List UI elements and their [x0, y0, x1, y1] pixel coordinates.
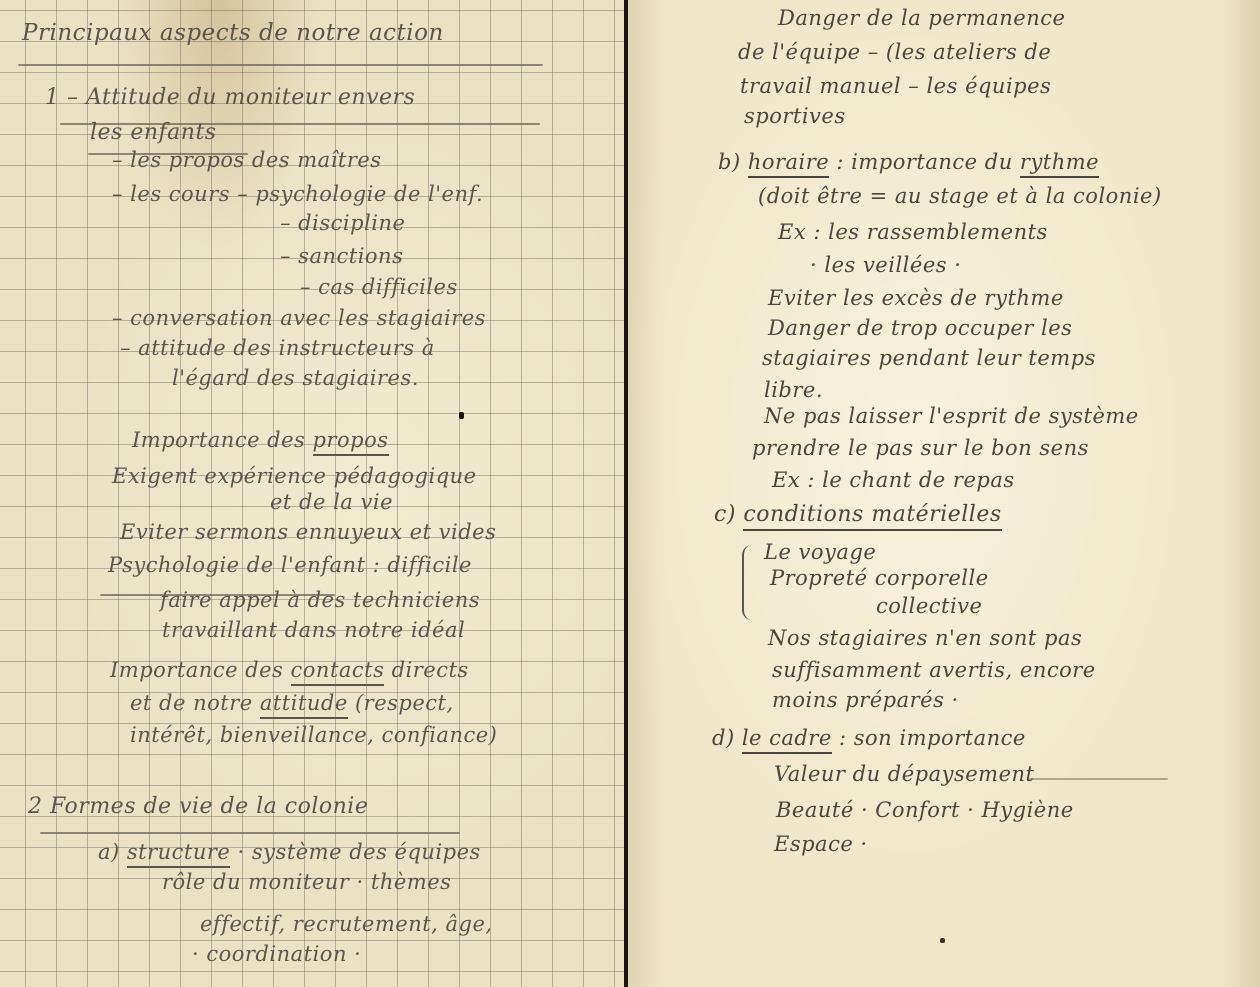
- text-line: Nos stagiaires n'en sont pas: [768, 628, 1082, 649]
- section-1-heading-cont: les enfants: [90, 122, 217, 144]
- list-item: – attitude des instructeurs à: [120, 338, 435, 359]
- contacts-text: Importance des: [110, 658, 291, 682]
- text-line: prendre le pas sur le bon sens: [752, 438, 1089, 459]
- ink-blot: [459, 412, 464, 419]
- text-line: Danger de la permanence: [778, 8, 1065, 29]
- text-line: · les veillées ·: [810, 255, 961, 276]
- list-item: – discipline: [280, 213, 405, 234]
- text-line: Ex : le chant de repas: [772, 470, 1015, 491]
- text-line: rôle du moniteur · thèmes: [162, 872, 451, 893]
- text-line: libre.: [764, 380, 823, 401]
- conditions-underlined: conditions matérielles: [743, 502, 1001, 531]
- structure-underlined: structure: [127, 840, 230, 868]
- text-line: Ex : les rassemblements: [778, 222, 1048, 243]
- contacts-underlined: contacts: [291, 658, 385, 686]
- structure-line: a) structure · système des équipes: [98, 842, 481, 863]
- importance-heading: Importance des propos: [132, 430, 389, 451]
- text-line: Propreté corporelle: [770, 568, 989, 589]
- text-line: · coordination ·: [192, 944, 361, 965]
- trailing-stroke: [1028, 778, 1168, 780]
- text-line: Valeur du dépaysement: [774, 764, 1035, 785]
- structure-text: · système des équipes: [230, 840, 480, 864]
- text-line: Psychologie de l'enfant : difficile: [108, 555, 472, 576]
- text-line: moins préparés ·: [772, 690, 959, 711]
- ink-speck: [940, 938, 945, 943]
- left-page: Principaux aspects de notre action 1 – A…: [0, 0, 624, 987]
- title-underline: [18, 64, 543, 66]
- conditions-heading: c) conditions matérielles: [714, 504, 1002, 526]
- horaire-text: : importance du: [829, 150, 1020, 174]
- list-item: – conversation avec les stagiaires: [112, 308, 486, 329]
- page-title: Principaux aspects de notre action: [22, 22, 444, 45]
- horaire-label: b): [718, 150, 748, 174]
- importance-heading-text: Importance des: [132, 428, 313, 452]
- list-item: l'égard des stagiaires.: [172, 368, 419, 389]
- text-line: Ne pas laisser l'esprit de système: [764, 406, 1139, 427]
- attitude-text: et de notre: [130, 691, 260, 715]
- text-line: de l'équipe – (les ateliers de: [738, 42, 1051, 63]
- cadre-underlined: le cadre: [742, 726, 832, 754]
- text-line: effectif, recrutement, âge,: [200, 914, 493, 935]
- text-line: travaillant dans notre idéal: [162, 620, 465, 641]
- list-item: – cas difficiles: [300, 277, 458, 298]
- text-line: collective: [876, 596, 982, 617]
- rythme-underlined: rythme: [1020, 150, 1099, 178]
- text-line: suffisamment avertis, encore: [772, 660, 1096, 681]
- list-item: – sanctions: [280, 246, 403, 267]
- attitude-text: (respect,: [348, 691, 454, 715]
- text-line: Exigent expérience pédagogique: [112, 466, 477, 487]
- text-line: (doit être = au stage et à la colonie): [758, 186, 1162, 207]
- text-line: Le voyage: [764, 542, 876, 563]
- text-line: faire appel à des techniciens: [160, 590, 480, 611]
- section-2-heading: 2 Formes de vie de la colonie: [28, 796, 368, 818]
- right-page: Danger de la permanence de l'équipe – (l…: [628, 0, 1260, 987]
- importance-heading-underlined: propos: [313, 428, 389, 456]
- text-line: sportives: [744, 106, 846, 127]
- contacts-line-2: et de notre attitude (respect,: [130, 693, 454, 714]
- text-line: travail manuel – les équipes: [740, 76, 1051, 97]
- contacts-line-1: Importance des contacts directs: [110, 660, 469, 681]
- contacts-text: directs: [384, 658, 468, 682]
- notebook-spread: Principaux aspects de notre action 1 – A…: [0, 0, 1260, 987]
- cadre-heading: d) le cadre : son importance: [712, 728, 1026, 749]
- horaire-heading: b) horaire : importance du rythme: [718, 152, 1099, 173]
- list-item: – les propos des maîtres: [112, 150, 382, 171]
- conditions-label: c): [714, 502, 743, 527]
- horaire-underlined: horaire: [748, 150, 829, 178]
- text-line: et de la vie: [270, 492, 393, 513]
- text-line: Eviter sermons ennuyeux et vides: [120, 522, 496, 543]
- section-2-underline: [40, 832, 460, 834]
- list-item: – les cours – psychologie de l'enf.: [112, 184, 483, 205]
- text-line: Danger de trop occuper les: [768, 318, 1072, 339]
- text-line: Eviter les excès de rythme: [768, 288, 1064, 309]
- structure-label: a): [98, 840, 127, 864]
- text-line: Espace ·: [774, 834, 868, 855]
- bracket: [742, 545, 754, 620]
- section-1-heading: 1 – Attitude du moniteur envers: [45, 87, 415, 109]
- cadre-text: : son importance: [832, 726, 1026, 750]
- cadre-label: d): [712, 726, 742, 750]
- contacts-line-3: intérêt, bienveillance, confiance): [130, 725, 497, 746]
- attitude-underlined: attitude: [260, 691, 348, 719]
- text-line: Beauté · Confort · Hygiène: [776, 800, 1074, 821]
- text-line: stagiaires pendant leur temps: [762, 348, 1096, 369]
